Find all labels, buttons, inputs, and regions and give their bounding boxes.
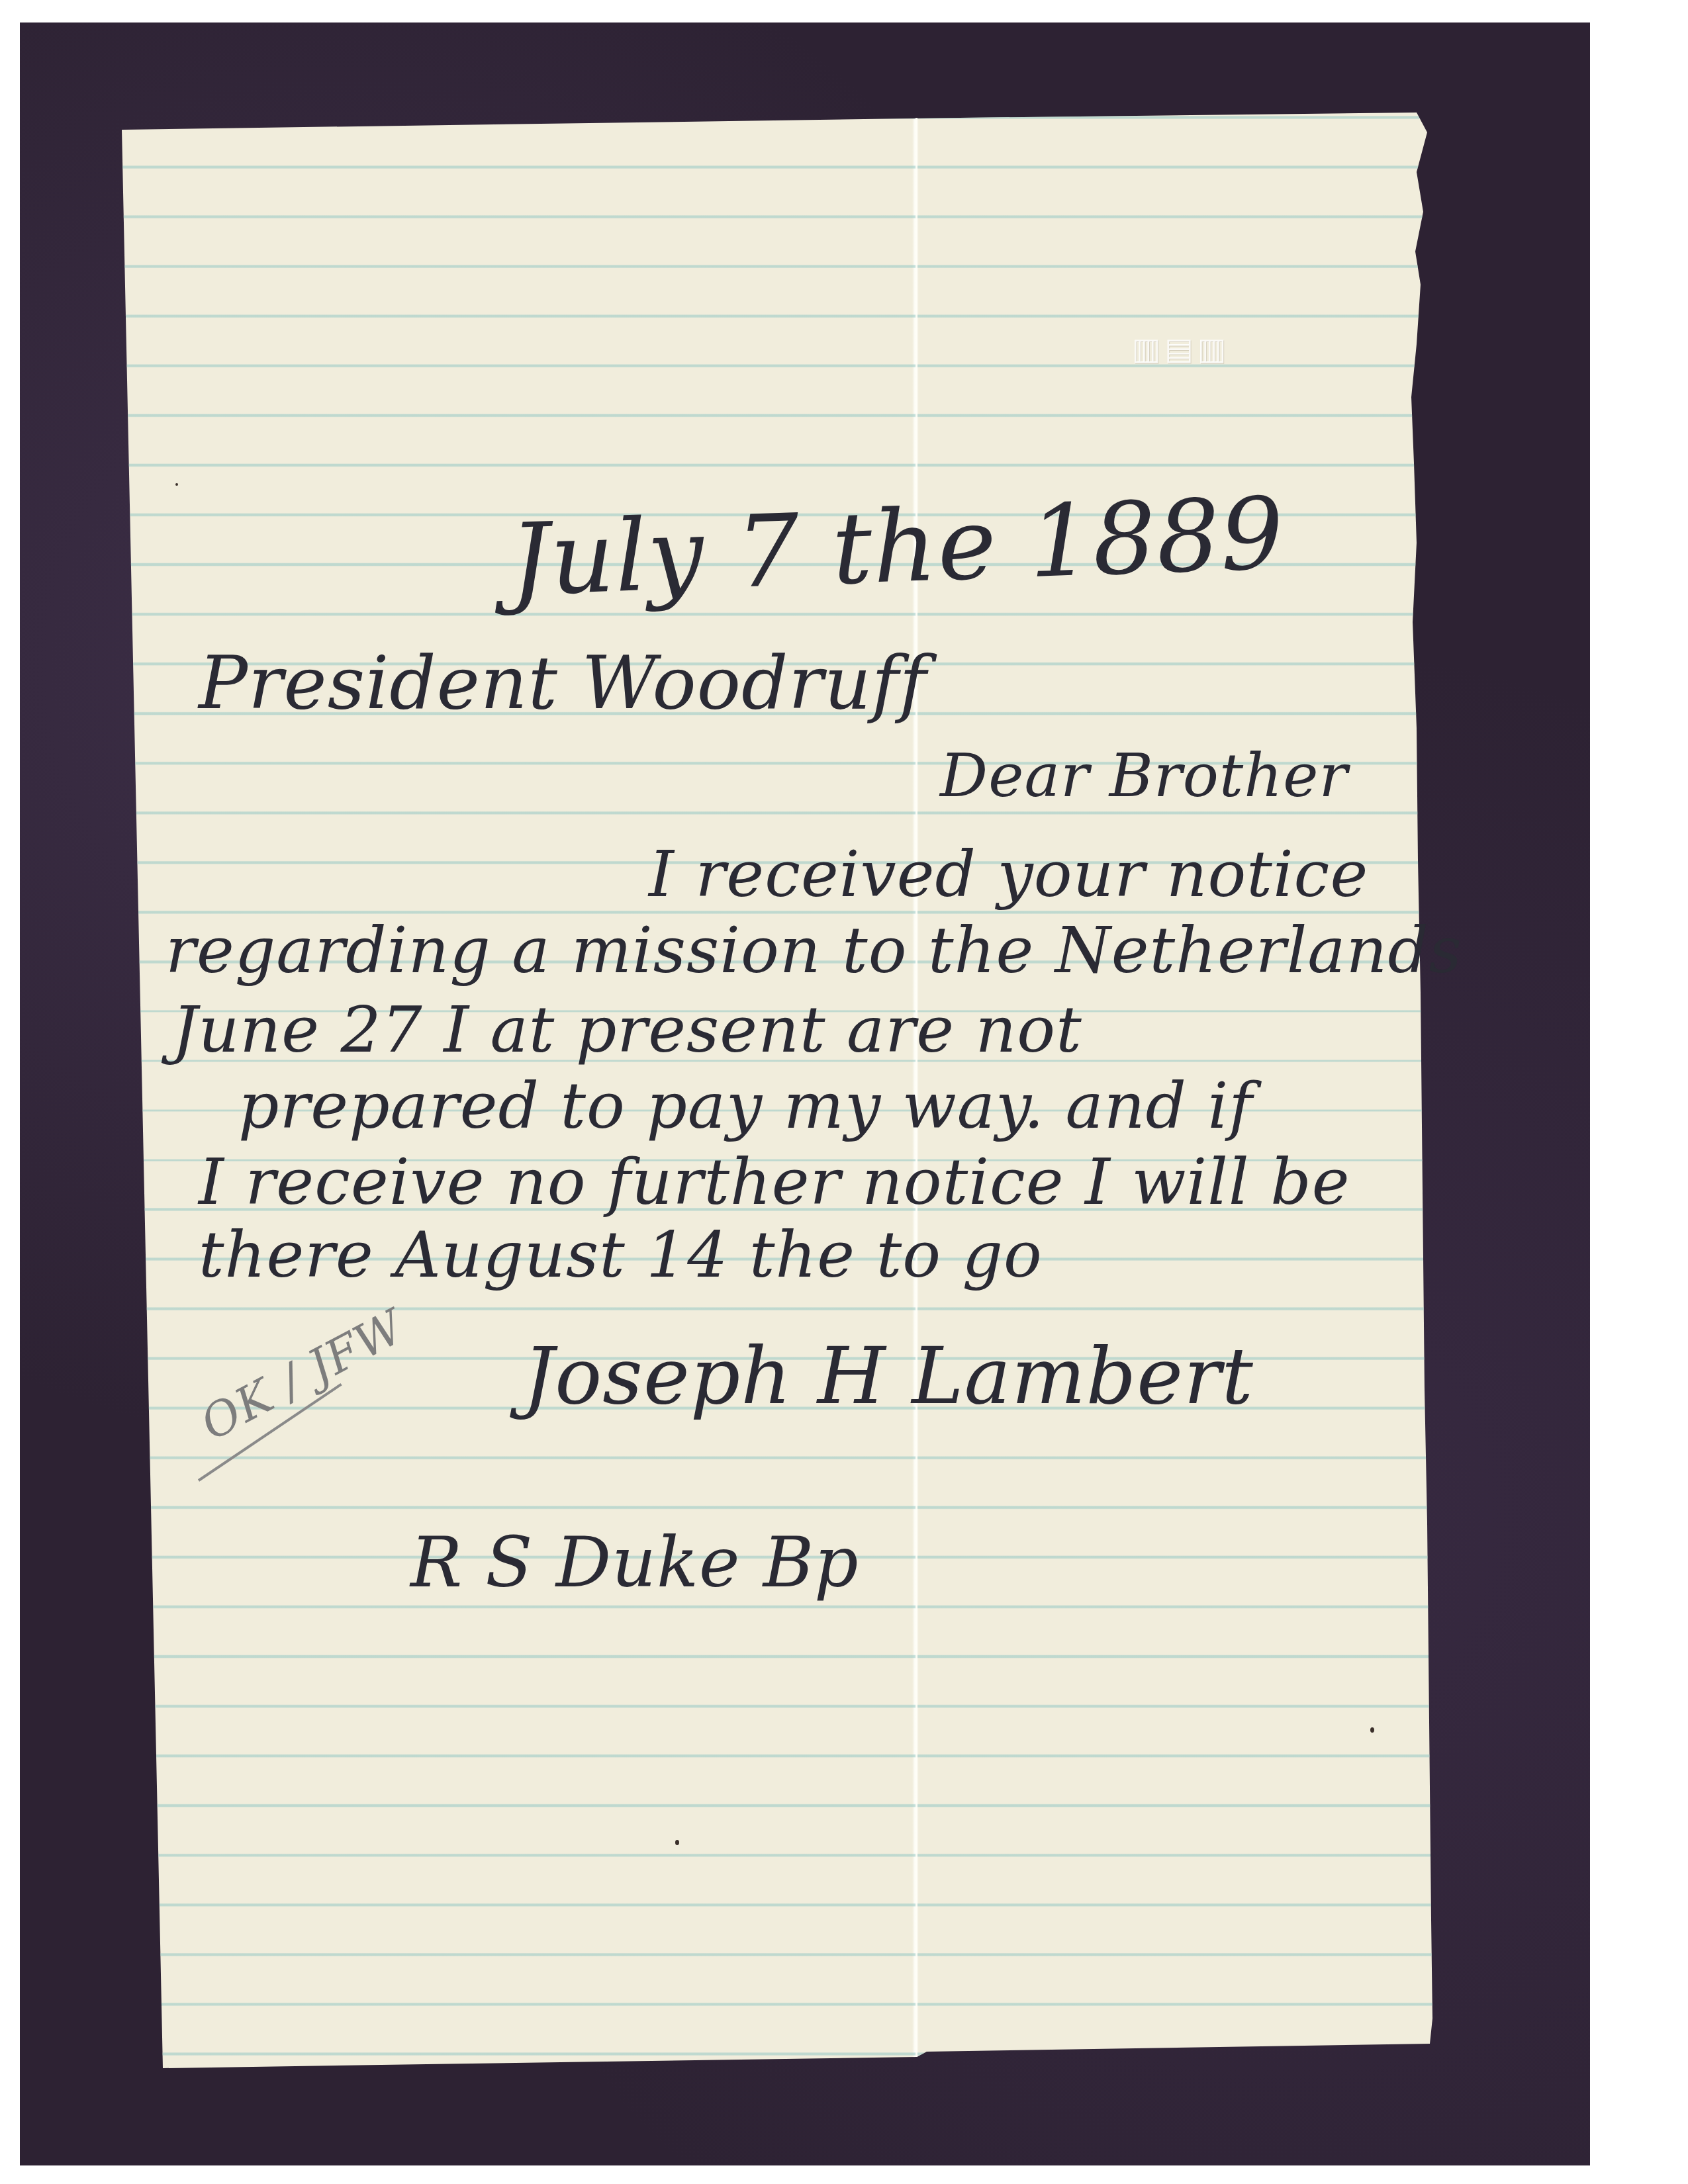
- body-line: June 27 I at present are not: [172, 993, 1082, 1067]
- ink-speck: [175, 483, 178, 486]
- body-line: regarding a mission to the Netherlands: [165, 913, 1462, 987]
- ink-speck: [675, 1840, 679, 1845]
- signature: Joseph H Lambert: [523, 1330, 1254, 1422]
- body-line: there August 14 the to go: [199, 1218, 1043, 1292]
- body-line: prepared to pay my way. and if: [238, 1069, 1253, 1143]
- addressee: President Woodruff: [199, 641, 927, 725]
- body-line: I receive no further notice I will be: [199, 1145, 1350, 1219]
- bishop-cosignature: R S Duke Bp: [410, 1522, 859, 1603]
- embossed-building-icon: ▥▤▥: [1132, 331, 1291, 397]
- body-line: I received your notice: [649, 837, 1368, 911]
- greeting: Dear Brother: [940, 741, 1348, 811]
- ink-speck: [1370, 1727, 1374, 1733]
